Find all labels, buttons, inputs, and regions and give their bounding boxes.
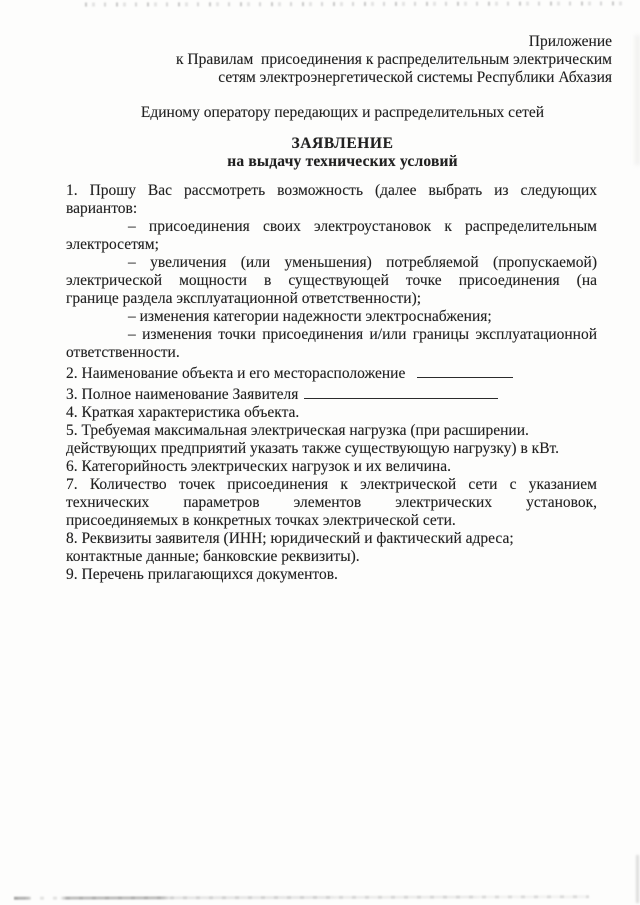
- option-connect-line-1: – присоединения своих электроустановок к…: [66, 218, 597, 236]
- scan-noise-top: [85, 1, 630, 6]
- option-reliability-category: – изменения категории надежности электро…: [66, 308, 597, 326]
- annex-note: Приложение к Правилам присоединения к ра…: [66, 33, 612, 87]
- clause-8-applicant-details-line-2: контактные данные; банковские реквизиты)…: [66, 548, 597, 566]
- scan-noise-bottom: [14, 895, 589, 900]
- option-connection-point-line-2: ответственности.: [66, 344, 597, 362]
- clause-5-max-load-line-1: 5. Требуемая максимальная электрическая …: [66, 422, 597, 440]
- clause-3-applicant-name: 3. Полное наименование Заявителя: [66, 383, 597, 404]
- application-subtitle: на выдачу технических условий: [88, 153, 597, 171]
- option-connection-point-line-1: – изменения точки присоединения и/или гр…: [66, 326, 597, 344]
- scan-smudge-top-right: [635, 35, 640, 165]
- option-power-change-line-3: границе раздела эксплуатационной ответст…: [66, 290, 597, 308]
- document-page: { "page": { "background_color": "#fdfdfc…: [0, 0, 640, 905]
- option-power-change-line-2: электрической мощности в существующей то…: [66, 272, 597, 290]
- addressee-line: Единому оператору передающих и распредел…: [66, 104, 597, 122]
- clause-9-documents-list: 9. Перечень прилагающихся документов.: [66, 566, 597, 584]
- fill-blank-applicant-name: [304, 383, 498, 399]
- clause-7-connection-points-line-1: 7. Количество точек присоединения к элек…: [66, 476, 597, 494]
- fill-blank-object-location: [417, 362, 513, 378]
- clause-3-label: 3. Полное наименование Заявителя: [66, 386, 298, 403]
- clause-5-max-load-line-2: действующих предприятий указать также су…: [66, 440, 597, 458]
- clause-1-line-2: вариантов:: [66, 200, 597, 218]
- option-power-change-line-1: – увеличения (или уменьшения) потребляем…: [66, 254, 597, 272]
- option-connect-line-2: электросетям;: [66, 236, 597, 254]
- clause-8-applicant-details-line-1: 8. Реквизиты заявителя (ИНН; юридический…: [66, 530, 597, 548]
- scanned-document: Приложение к Правилам присоединения к ра…: [0, 0, 640, 905]
- annex-line-3: сетям электроэнергетической системы Респ…: [66, 69, 612, 87]
- application-title: ЗАЯВЛЕНИЕ: [88, 135, 597, 153]
- clause-1-line-1: 1. Прошу Вас рассмотреть возможность (да…: [66, 182, 597, 200]
- clause-6-load-category: 6. Категорийность электрических нагрузок…: [66, 458, 597, 476]
- annex-line-2: к Правилам присоединения к распределител…: [66, 51, 612, 69]
- annex-line-1: Приложение: [66, 33, 612, 51]
- clause-7-connection-points-line-2: технических параметров элементов электри…: [66, 494, 597, 512]
- clause-2-object-name: 2. Наименование объекта и его местораспо…: [66, 362, 597, 383]
- document-body: 1. Прошу Вас рассмотреть возможность (да…: [66, 182, 597, 584]
- title-block: ЗАЯВЛЕНИЕ на выдачу технических условий: [66, 135, 597, 171]
- clause-2-label: 2. Наименование объекта и его местораспо…: [66, 365, 405, 382]
- clause-7-connection-points-line-3: присоединяемых в конкретных точках элект…: [66, 512, 597, 530]
- scan-noise-right-edge: [636, 855, 639, 903]
- clause-4-object-description: 4. Краткая характеристика объекта.: [66, 404, 597, 422]
